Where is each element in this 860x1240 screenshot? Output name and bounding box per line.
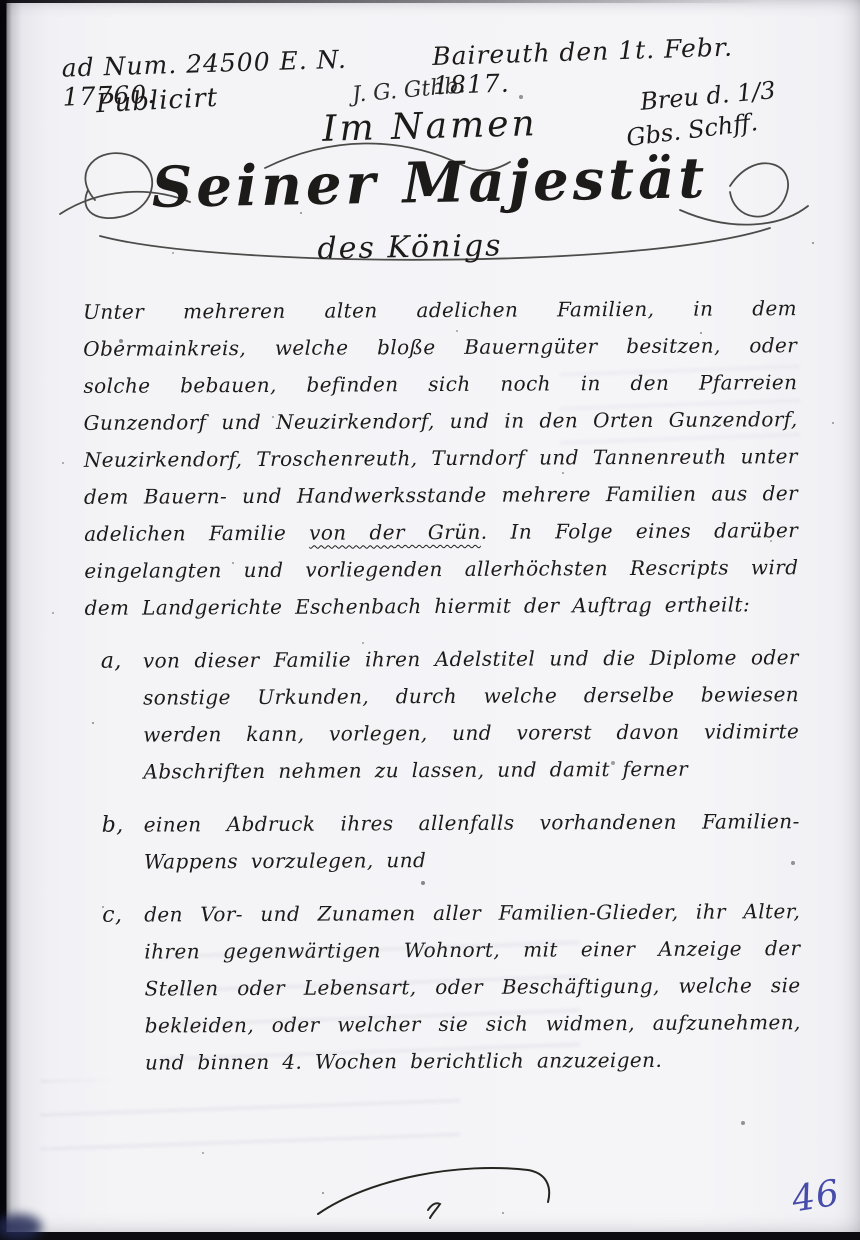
scan-top-edge — [0, 0, 830, 3]
directive-item-a: a, von dieser Familie ihren Adelstitel u… — [85, 639, 800, 791]
paper-specks — [0, 0, 2, 2]
opening-paragraph: Unter mehreren alten adelichen Familien,… — [83, 290, 799, 627]
directive-item-c: c, den Vor- und Zunamen aller Familien-G… — [86, 893, 801, 1082]
paragraph-text-before: Unter mehreren alten adelichen Familien,… — [83, 296, 798, 546]
decree-body: Unter mehreren alten adelichen Familien,… — [83, 290, 801, 1082]
king-subtitle: des Königs — [20, 223, 800, 272]
item-label: b, — [102, 807, 128, 881]
item-text: den Vor- und Zunamen aller Familien-Glie… — [144, 893, 801, 1081]
majesty-title: Seiner Majestät — [39, 143, 820, 223]
item-label: c, — [102, 897, 129, 1082]
item-label: a, — [101, 643, 128, 791]
manuscript-page: ad Num. 24500 E. N. 17760. Baireuth den … — [0, 0, 860, 1232]
family-name-underlined: von der Grün — [309, 520, 481, 545]
bleedthrough-ghost — [40, 1080, 460, 1150]
folio-number: 46 — [789, 1173, 843, 1221]
bottom-pen-stroke — [300, 1148, 600, 1228]
item-text: von dieser Familie ihren Adelstitel und … — [143, 639, 800, 790]
item-text: einen Abdruck ihres allenfalls vorhanden… — [144, 803, 800, 880]
binding-corner — [0, 1214, 42, 1232]
directive-item-b: b, einen Abdruck ihres allenfalls vorhan… — [86, 803, 800, 881]
